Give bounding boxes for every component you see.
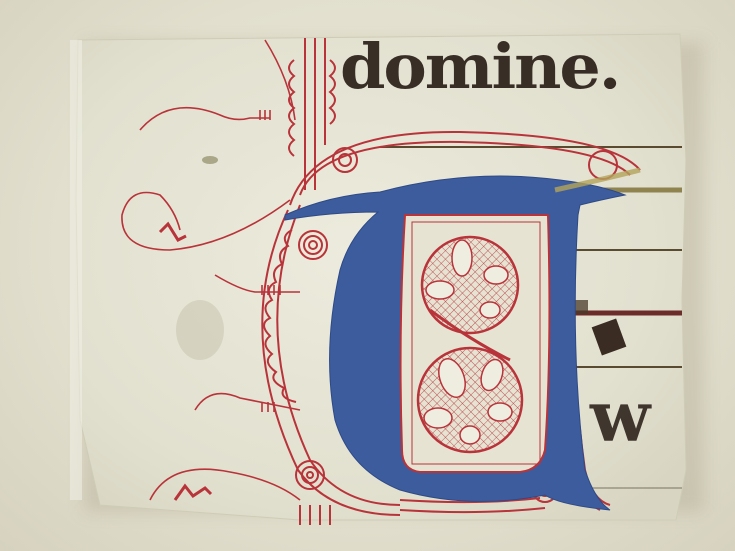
stain — [176, 300, 224, 360]
gothic-text-fragment: w — [590, 375, 650, 458]
hinge-strip — [70, 40, 82, 500]
stain — [202, 156, 218, 164]
gothic-text-line: domine. — [340, 30, 619, 103]
